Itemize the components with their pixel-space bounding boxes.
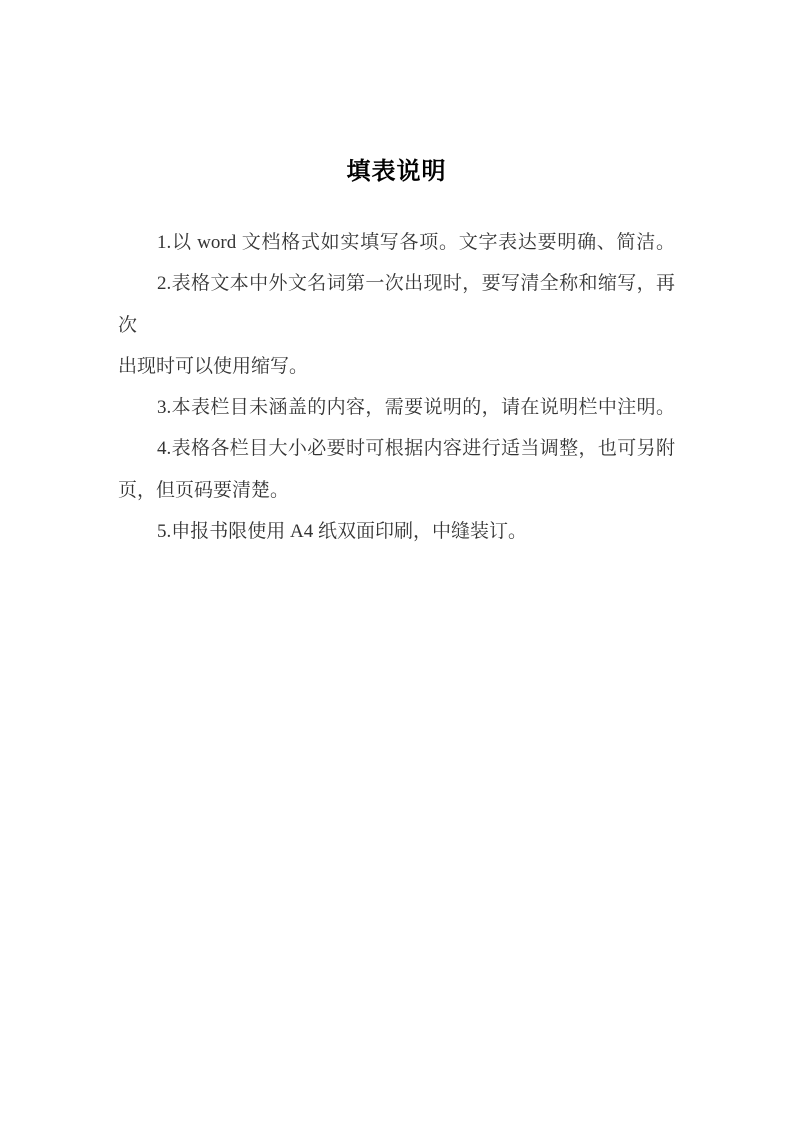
instruction-1-line-1: 1.以 word 文档格式如实填写各项。文字表达要明确、简洁。 <box>118 222 675 263</box>
instruction-4-line-2: 页，但页码要清楚。 <box>118 470 675 511</box>
document-title: 填表说明 <box>0 155 793 189</box>
instruction-3-line-1: 3.本表栏目未涵盖的内容，需要说明的，请在说明栏中注明。 <box>118 387 675 428</box>
instruction-5-line-1: 5.申报书限使用 A4 纸双面印刷，中缝装订。 <box>118 511 675 552</box>
document-page: 填表说明 1.以 word 文档格式如实填写各项。文字表达要明确、简洁。 2.表… <box>0 0 793 1122</box>
instruction-2-line-1: 2.表格文本中外文名词第一次出现时，要写清全称和缩写，再次 <box>118 263 675 346</box>
instruction-2-line-2: 出现时可以使用缩写。 <box>118 346 675 387</box>
instructions-body: 1.以 word 文档格式如实填写各项。文字表达要明确、简洁。 2.表格文本中外… <box>118 222 675 552</box>
instruction-4-line-1: 4.表格各栏目大小必要时可根据内容进行适当调整，也可另附 <box>118 428 675 469</box>
